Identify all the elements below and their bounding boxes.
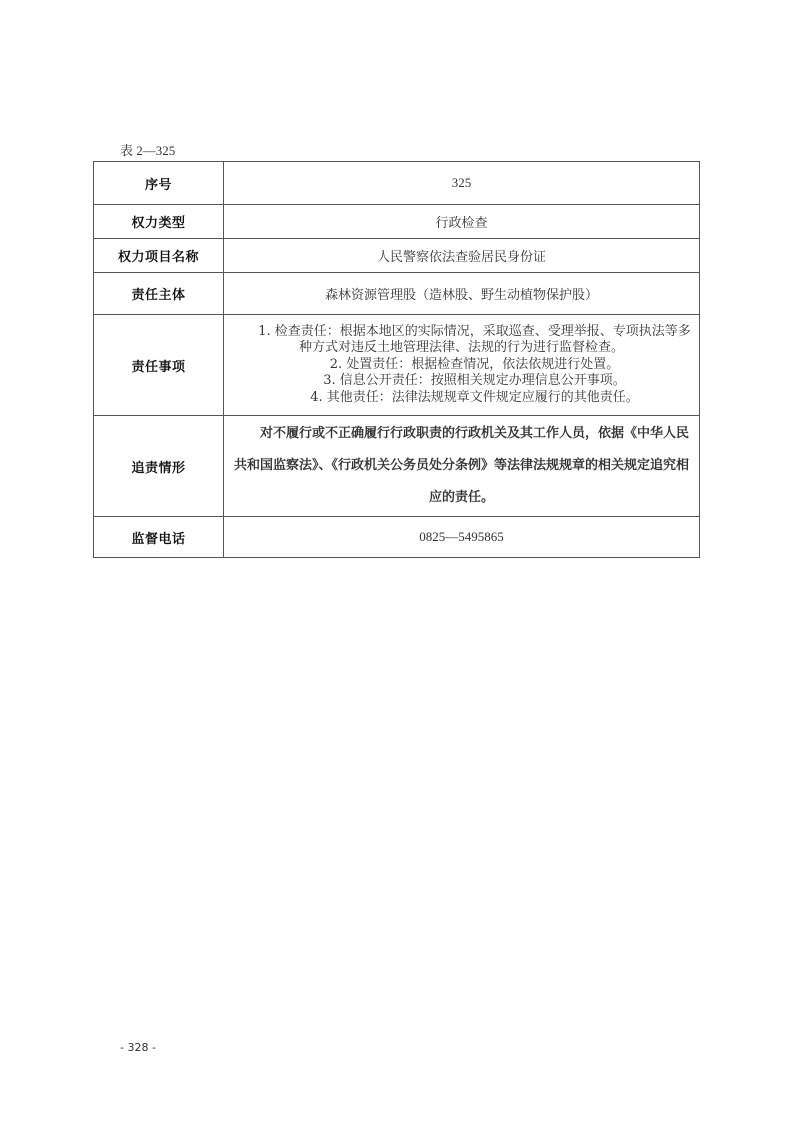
table-row-serial-number: 序号 325 (94, 162, 700, 205)
accountability-cell: 对不履行或不正确履行行政职责的行政机关及其工作人员，依据《中华人民共和国监察法》… (224, 416, 700, 517)
supervision-phone-value: 0825—5495865 (224, 517, 700, 558)
row-label: 权力类型 (94, 205, 224, 239)
responsibility-item: 1. 检查责任：根据本地区的实际情况，采取巡查、受理举报、专项执法等多种方式对违… (230, 324, 693, 357)
serial-number-value: 325 (224, 162, 700, 205)
responsibility-item: 3. 信息公开责任：按照相关规定办理信息公开事项。 (230, 373, 693, 390)
table-row-responsibility-items: 责任事项 1. 检查责任：根据本地区的实际情况，采取巡查、受理举报、专项执法等多… (94, 315, 700, 416)
power-responsibility-table: 序号 325 权力类型 行政检查 权力项目名称 人民警察依法查验居民身份证 责任… (93, 161, 700, 558)
page-number: - 328 - (120, 1041, 156, 1054)
table-row-supervision-phone: 监督电话 0825—5495865 (94, 517, 700, 558)
responsibility-items-list: 1. 检查责任：根据本地区的实际情况，采取巡查、受理举报、专项执法等多种方式对违… (224, 315, 700, 416)
table-row-power-type: 权力类型 行政检查 (94, 205, 700, 239)
table-row-accountability: 追责情形 对不履行或不正确履行行政职责的行政机关及其工作人员，依据《中华人民共和… (94, 416, 700, 517)
row-label: 责任主体 (94, 273, 224, 315)
responsible-entity-value: 森林资源管理股（造林股、野生动植物保护股） (224, 273, 700, 315)
responsibility-item: 2. 处置责任：根据检查情况，依法依规进行处置。 (230, 357, 693, 374)
row-label: 序号 (94, 162, 224, 205)
power-item-name-value: 人民警察依法查验居民身份证 (224, 239, 700, 273)
table-caption: 表 2—325 (120, 140, 175, 159)
table-row-responsible-entity: 责任主体 森林资源管理股（造林股、野生动植物保护股） (94, 273, 700, 315)
power-type-value: 行政检查 (224, 205, 700, 239)
row-label: 追责情形 (94, 416, 224, 517)
responsibility-item: 4. 其他责任：法律法规规章文件规定应履行的其他责任。 (230, 390, 693, 407)
table-row-power-item-name: 权力项目名称 人民警察依法查验居民身份证 (94, 239, 700, 273)
row-label: 监督电话 (94, 517, 224, 558)
accountability-text: 对不履行或不正确履行行政职责的行政机关及其工作人员，依据《中华人民共和国监察法》… (230, 418, 693, 514)
row-label: 权力项目名称 (94, 239, 224, 273)
row-label: 责任事项 (94, 315, 224, 416)
